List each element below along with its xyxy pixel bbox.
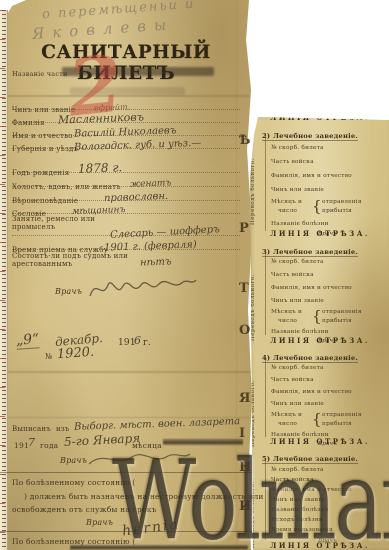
doctor-label: Врачъ	[86, 518, 113, 527]
cut-strip-letter: Т	[239, 281, 249, 296]
side-label-transfer: Переводъ больного.	[250, 139, 256, 225]
date-label-1: Мѣсяцъ и	[271, 412, 302, 418]
discharge-year-word: года	[40, 441, 58, 450]
section-body: № скорб. билета Часть войска Фамилія, им…	[265, 135, 386, 231]
measuring-ruler	[0, 10, 8, 550]
date-label-1: Мѣсяцъ и	[271, 199, 302, 205]
stub-field: № скорб. билета	[271, 259, 324, 265]
stub-section-3: Переводъ больного. 3) Лечебное заведеніе…	[252, 239, 386, 335]
photo-watermark: Wolmar	[112, 446, 389, 550]
date-option-1: отправленія	[322, 199, 362, 205]
date-option-1: отправленія	[322, 309, 362, 315]
section-body: № скорб. билета Часть войска Фамилія, им…	[265, 357, 386, 437]
doctor-label: Врачъ	[55, 287, 82, 296]
date-label-1: Мѣсяцъ и	[271, 309, 302, 315]
field-label: Губернія и уѣздъ	[12, 145, 78, 153]
date-option-2: прибытія	[322, 208, 352, 214]
field-row: Вѣроисповѣданіе православн.	[12, 188, 240, 201]
date-option-1: отправленія	[322, 412, 362, 418]
stub-field: Фамилія, имя и отчество	[271, 173, 352, 179]
field-row: Сословіе мѣщанинъ	[12, 201, 240, 214]
doctor-signature	[84, 272, 199, 304]
date-label-2: число	[278, 208, 297, 214]
ruler-red-marks	[0, 10, 5, 550]
field-row: Состоитъ-ли подъ судомъ или арестованным…	[12, 251, 240, 272]
cut-line-label: ЛИНІЯ ОТРѢЗА.	[256, 229, 384, 238]
date-label-2: число	[278, 421, 297, 427]
cut-line-label: ЛИНІЯ ОТРѢЗА.	[256, 336, 384, 345]
stub-field: № скорб. билета	[271, 365, 324, 371]
section-body: № скорб. билета Часть войска Фамилія, им…	[265, 251, 386, 335]
date-label-2: число	[278, 318, 297, 324]
discharge-label-2: изъ	[56, 425, 70, 433]
number-label: №	[45, 352, 53, 361]
cut-strip-letter: Р	[239, 221, 249, 236]
number-value-handwritten: 1920.	[57, 345, 95, 363]
side-label-transfer: Переводъ больного.	[250, 255, 256, 341]
cut-strip-letter: Ѣ	[239, 133, 250, 148]
discharge-label-1: Выписанъ	[12, 425, 51, 433]
date-option-2: прибытія	[322, 318, 352, 324]
stub-field: Чинъ или званіе	[271, 187, 324, 193]
field-row: Губернія и уѣздъ Вологодск. губ. и уѣз.—	[12, 136, 240, 149]
cut-line-label-partial: ЛИНІЯ ОТРѢЗА.	[256, 117, 384, 122]
field-value-handwritten: нѣтъ	[140, 256, 172, 268]
date-year-suffix: г.	[143, 338, 151, 348]
brace-glyph: {	[312, 410, 322, 428]
brace-glyph: {	[312, 307, 322, 325]
stub-field: Фамилія, имя и отчество	[271, 285, 352, 291]
stub-field: Фамилія, имя и отчество	[271, 389, 352, 395]
field-row: Чинъ или званіе ефрейт.	[12, 97, 240, 110]
field-label: Состоитъ-ли подъ судомъ или арестованным…	[12, 252, 130, 268]
red-registration-number: 2	[64, 45, 126, 128]
discharge-year-printed: 191	[14, 441, 29, 450]
stub-section-4: Переводъ больного. 4) Лечебное заведеніе…	[252, 345, 386, 437]
cut-strip-letter: Я	[239, 391, 250, 406]
field-label: Занятіе, ремесло или промыселъ	[12, 215, 104, 231]
paper-crease	[0, 371, 250, 373]
stub-field: Чинъ или званіе	[271, 401, 324, 407]
stub-field: Часть войска	[271, 159, 314, 165]
field-row: Холостъ, вдовъ, или женатъ женатъ	[12, 174, 240, 187]
field-row: Годъ рожденія 1878 г.	[12, 160, 240, 173]
brace-glyph: {	[312, 197, 322, 215]
date-year-handwritten: 6	[134, 334, 141, 347]
cut-strip-letter: О	[239, 323, 250, 338]
stub-field: Чинъ или званіе	[271, 298, 324, 304]
stub-field: Часть войска	[271, 377, 314, 383]
date-option-2: прибытія	[322, 421, 352, 427]
stub-field: Часть войска	[271, 272, 314, 278]
date-day-handwritten: „9“	[15, 331, 39, 350]
field-row: Занятіе, ремесло или промыселъ Слесарь —…	[12, 214, 240, 236]
stub-section-2: Переводъ больного. 2) Лечебное заведеніе…	[252, 123, 386, 231]
illness-field: Названіе болѣзни	[271, 329, 329, 335]
field-row: Время пріема на службу 1901 г. (февраля)	[12, 237, 240, 250]
unit-label: Названіе части	[12, 70, 68, 78]
scanned-sanitary-ticket: о перемѣщеньи и Яковлевы САНИТАРНЫЙ БИЛЕ…	[0, 0, 389, 550]
discharge-year-handwritten: 7	[28, 436, 35, 449]
stub-field: № скорб. билета	[271, 145, 324, 151]
illness-field: Названіе болѣзни	[271, 221, 329, 227]
